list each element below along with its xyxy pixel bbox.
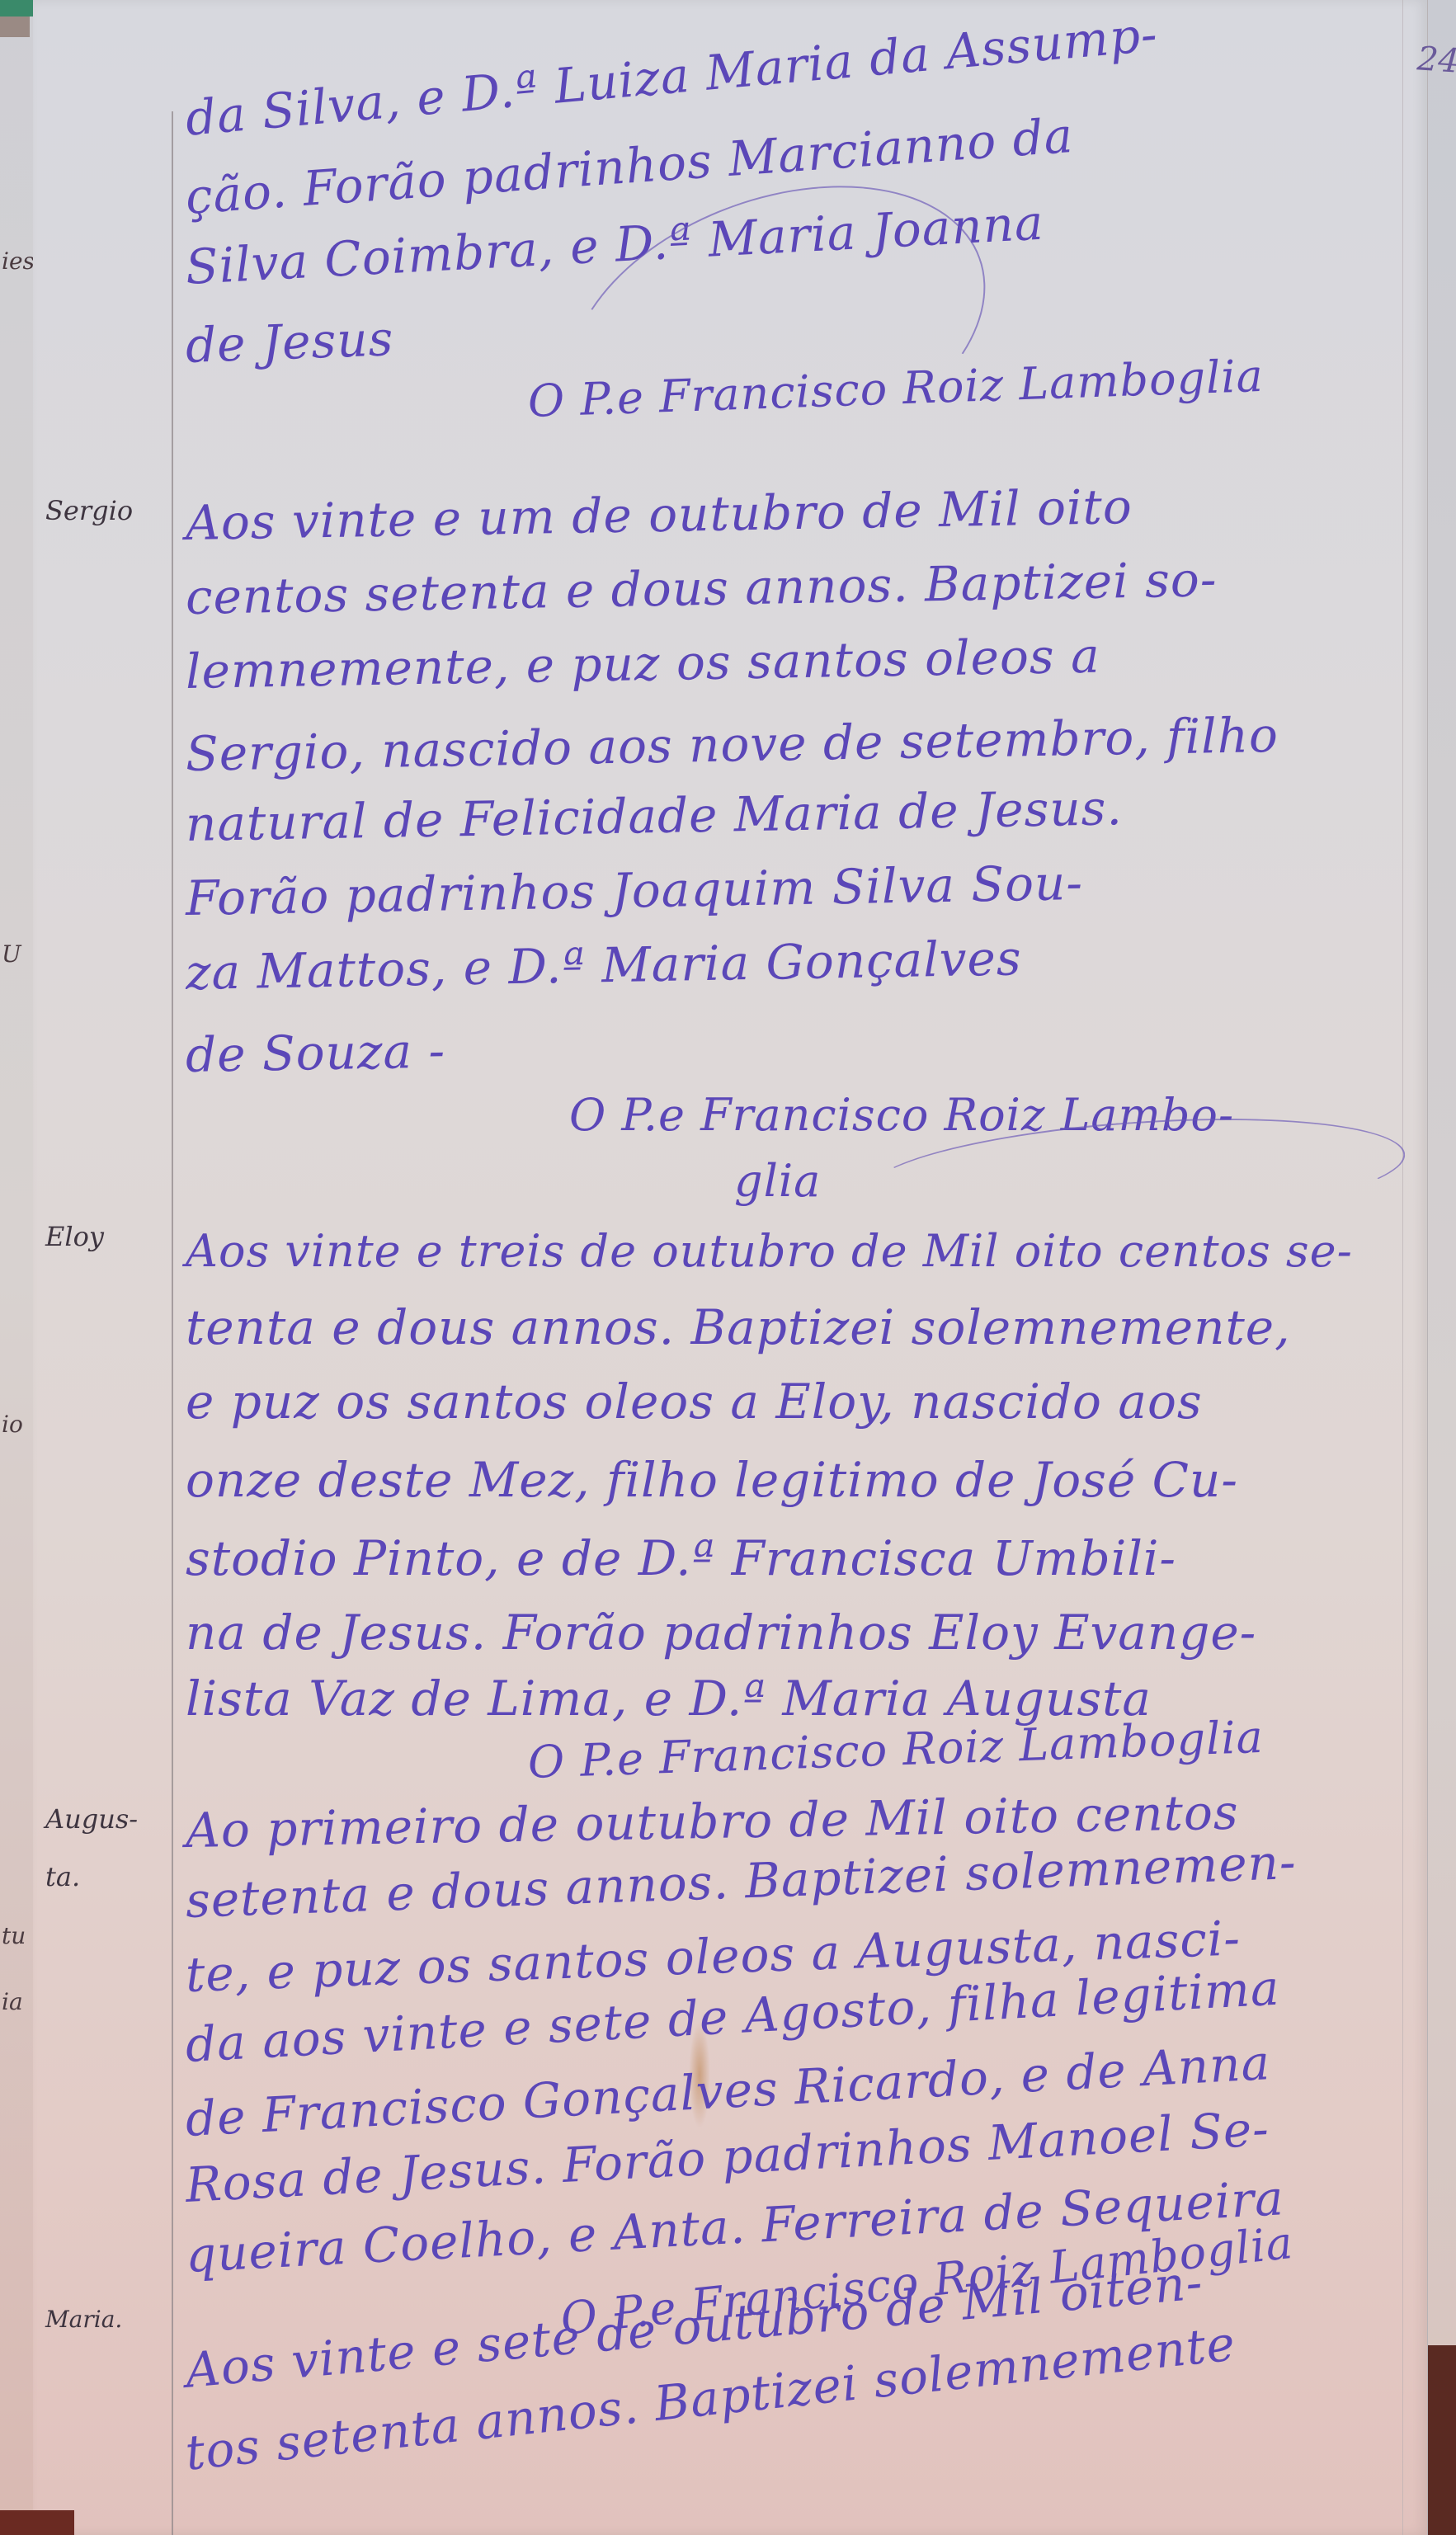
book-cover-strip xyxy=(0,2510,74,2535)
right-page-stack xyxy=(1427,0,1456,2535)
neighbor-fragment: U xyxy=(2,940,21,968)
entry-line: onze deste Mez, filho legitimo de José C… xyxy=(186,1452,1238,1508)
entry-line: tenta e dous annos. Baptizei solemnement… xyxy=(186,1299,1291,1355)
entry-line: de Souza - xyxy=(185,1023,445,1083)
margin-name: Sergio xyxy=(45,495,133,526)
book-cover-corner xyxy=(1428,2345,1456,2535)
entry-line: stodio Pinto, e de D.ª Francisca Umbili- xyxy=(186,1530,1176,1586)
margin-name: Maria. xyxy=(45,2306,122,2333)
page-number: 24 xyxy=(1416,40,1456,80)
priest-signature-cont: glia xyxy=(734,1155,821,1207)
entry-line: de Jesus xyxy=(185,310,395,374)
margin-rule-line xyxy=(172,111,173,2535)
entry-line: lista Vaz de Lima, e D.ª Maria Augusta xyxy=(186,1670,1152,1727)
margin-name: Augus-ta. xyxy=(45,1790,161,1906)
neighbor-fragment: io xyxy=(2,1411,23,1438)
entry-line: Aos vinte e treis de outubro de Mil oito… xyxy=(186,1225,1353,1277)
neighbor-fragment: ia xyxy=(2,1988,23,2015)
entry-line: e puz os santos oleos a Eloy, nascido ao… xyxy=(186,1374,1203,1430)
binding-tab xyxy=(0,16,30,37)
green-tab xyxy=(0,0,33,16)
margin-name: Eloy xyxy=(45,1221,104,1252)
neighbor-fragment: tu xyxy=(2,1922,26,1949)
right-rule-line xyxy=(1402,0,1403,2535)
adjacent-page-edge: ies, U io tu ia xyxy=(0,0,35,2535)
entry-line: na de Jesus. Forão padrinhos Eloy Evange… xyxy=(186,1604,1256,1661)
